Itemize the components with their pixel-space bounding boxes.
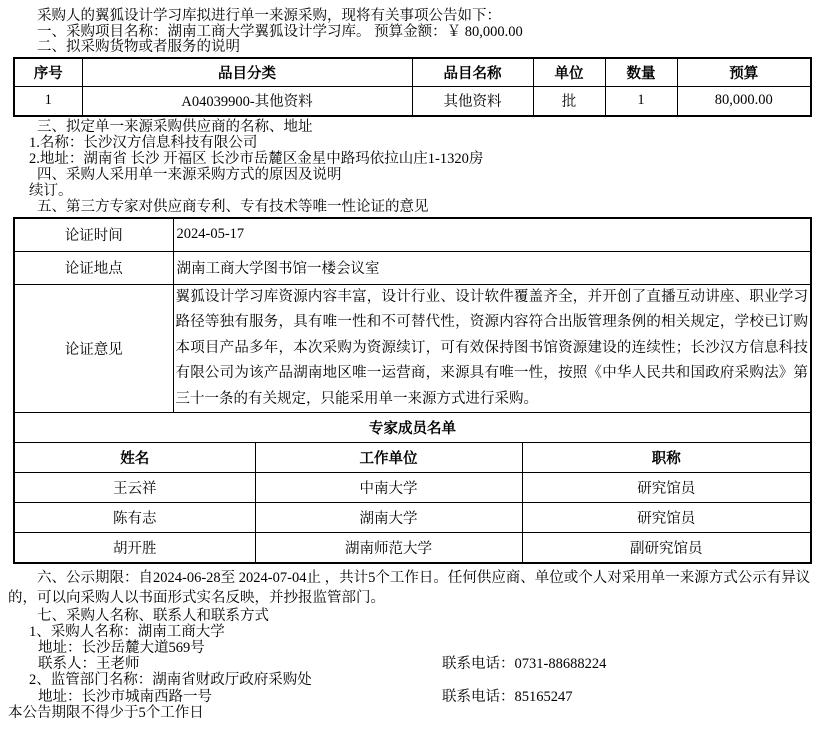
certification-opinion-value: 翼狐设计学习库资源内容丰富，设计行业、设计软件覆盖齐全，并开创了直播互动讲座、职… (173, 284, 811, 413)
certification-time-row: 论证时间 2024-05-17 (14, 218, 811, 251)
section-7: 七、采购人名称、联系人和联系方式 1、采购人名称：湖南工商大学 地址：长沙岳麓大… (8, 608, 817, 721)
items-col-category: 品目分类 (82, 58, 412, 86)
regulator-contact-row: 地址：长沙市城南西路一号 联系电话：85165247 (38, 689, 817, 705)
sections-3-to-5: 三、拟定单一来源采购供应商的名称、地址 1.名称：长沙汉方信息科技有限公司 2.… (8, 119, 817, 215)
items-col-unit: 单位 (533, 58, 605, 86)
items-col-qty: 数量 (605, 58, 677, 86)
expert-row: 陈有志 湖南大学 研究馆员 (14, 503, 811, 533)
experts-header-row: 姓名 工作单位 职称 (14, 443, 811, 473)
expert-title: 研究馆员 (522, 503, 811, 533)
announcement-document: 采购人的翼狐设计学习库拟进行单一来源采购，现将有关事项公告如下： 一、采购项目名… (0, 0, 826, 721)
items-table: 序号 品目分类 品目名称 单位 数量 预算 1 A04039900-其他资料 其… (13, 57, 812, 117)
experts-title-row: 专家成员名单 (14, 413, 811, 443)
expert-org: 中南大学 (255, 473, 522, 503)
regulator-name: 2、监管部门名称：湖南省财政厅政府采购处 (29, 672, 817, 688)
regulator-phone: 联系电话：85165247 (442, 689, 573, 705)
certification-place-row: 论证地点 湖南工商大学图书馆一楼会议室 (14, 251, 811, 284)
purchaser-contact-row: 联系人：王老师 联系电话：0731-88688224 (38, 656, 817, 672)
purchaser-contact: 联系人：王老师 (38, 656, 140, 672)
expert-row: 胡开胜 湖南师范大学 副研究馆员 (14, 533, 811, 563)
supplier-name: 1.名称：长沙汉方信息科技有限公司 (29, 135, 817, 151)
item-category: A04039900-其他资料 (82, 86, 412, 116)
item-seq: 1 (14, 86, 82, 116)
supplier-address: 2.地址：湖南省 长沙 开福区 长沙市岳麓区金星中路玛依拉山庄1-1320房 (29, 151, 817, 167)
experts-title: 专家成员名单 (14, 413, 811, 443)
intro-line: 采购人的翼狐设计学习库拟进行单一来源采购，现将有关事项公告如下： (8, 9, 817, 25)
certification-table: 论证时间 2024-05-17 论证地点 湖南工商大学图书馆一楼会议室 论证意见… (13, 217, 812, 564)
items-col-name: 品目名称 (412, 58, 533, 86)
items-header-row: 序号 品目分类 品目名称 单位 数量 预算 (14, 58, 811, 86)
experts-col-name: 姓名 (14, 443, 255, 473)
expert-org: 湖南师范大学 (255, 533, 522, 563)
expert-name: 胡开胜 (14, 533, 255, 563)
certification-time-label: 论证时间 (14, 218, 173, 251)
item-name: 其他资料 (412, 86, 533, 116)
expert-row: 王云祥 中南大学 研究馆员 (14, 473, 811, 503)
section4-title: 四、采购人采用单一来源采购方式的原因及说明 (8, 167, 817, 183)
purchaser-address: 地址：长沙岳麓大道569号 (38, 640, 817, 656)
item-unit: 批 (533, 86, 605, 116)
section6-text: 六、公示期限：自2024-06-28至 2024-07-04止 ，共计5个工作日… (8, 568, 817, 608)
section7-title: 七、采购人名称、联系人和联系方式 (8, 608, 817, 624)
experts-col-org: 工作单位 (255, 443, 522, 473)
section5-title: 五、第三方专家对供应商专利、专有技术等唯一性论证的意见 (8, 199, 817, 215)
expert-org: 湖南大学 (255, 503, 522, 533)
expert-name: 陈有志 (14, 503, 255, 533)
section2-title: 二、拟采购货物或者服务的说明 (8, 40, 817, 56)
purchaser-name: 1、采购人名称：湖南工商大学 (29, 624, 817, 640)
certification-place-label: 论证地点 (14, 251, 173, 284)
regulator-address: 地址：长沙市城南西路一号 (38, 689, 212, 705)
expert-title: 研究馆员 (522, 473, 811, 503)
certification-opinion-row: 论证意见 翼狐设计学习库资源内容丰富，设计行业、设计软件覆盖齐全，并开创了直播互… (14, 284, 811, 413)
certification-opinion-label: 论证意见 (14, 284, 173, 413)
items-col-seq: 序号 (14, 58, 82, 86)
section4-reason: 续订。 (29, 183, 817, 199)
certification-time-value: 2024-05-17 (173, 218, 811, 251)
certification-place-value: 湖南工商大学图书馆一楼会议室 (173, 251, 811, 284)
experts-col-title: 职称 (522, 443, 811, 473)
purchaser-phone: 联系电话：0731-88688224 (442, 656, 606, 672)
item-qty: 1 (605, 86, 677, 116)
items-col-budget: 预算 (677, 58, 811, 86)
footer-note: 本公告期限不得少于5个工作日 (8, 705, 817, 721)
expert-name: 王云祥 (14, 473, 255, 503)
section3-title: 三、拟定单一来源采购供应商的名称、地址 (8, 119, 817, 135)
item-budget: 80,000.00 (677, 86, 811, 116)
expert-title: 副研究馆员 (522, 533, 811, 563)
items-data-row: 1 A04039900-其他资料 其他资料 批 1 80,000.00 (14, 86, 811, 116)
